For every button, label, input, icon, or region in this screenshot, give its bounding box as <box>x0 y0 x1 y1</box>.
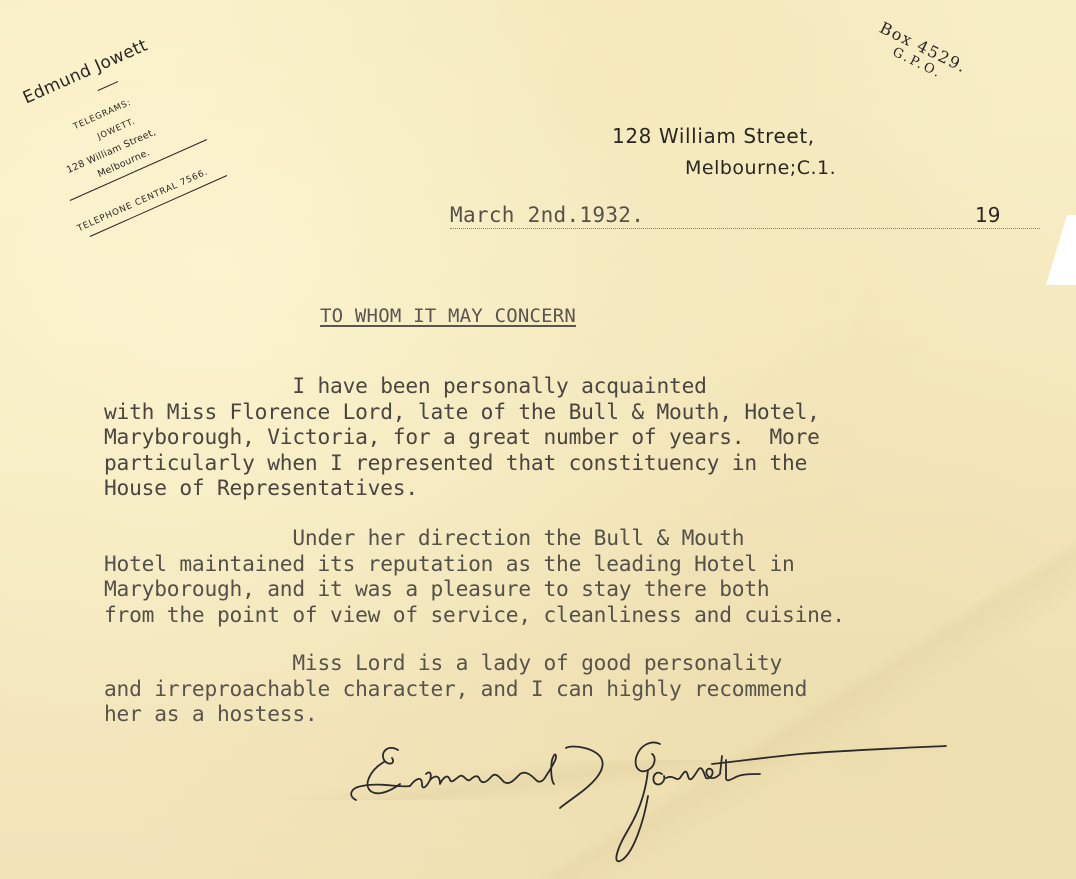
address-city: Melbourne;C.1. <box>685 157 836 179</box>
handwritten-signature <box>340 730 960 875</box>
address-street: 128 William Street, <box>612 124 815 148</box>
paragraph-3: Miss Lord is a lady of good personality … <box>104 650 807 727</box>
paragraph-line: Miss Lord is a lady of good personality <box>104 650 807 676</box>
paragraph-line: Hotel maintained its reputation as the l… <box>104 551 845 577</box>
letter-heading: TO WHOM IT MAY CONCERN <box>320 305 576 327</box>
paragraph-line: and irreproachable character, and I can … <box>104 676 807 702</box>
paragraph-line: I have been personally acquainted <box>104 373 820 399</box>
paragraph-1: I have been personally acquainted with M… <box>104 373 820 501</box>
printed-year-prefix: 19 <box>975 203 1000 227</box>
letterhead-stamp: Edmund Jowett TELEGRAMS: JOWETT. 128 Wil… <box>8 28 248 238</box>
paragraph-line: House of Representatives. <box>104 475 820 501</box>
paragraph-line: from the point of view of service, clean… <box>104 602 845 628</box>
paragraph-2: Under her direction the Bull & Mouth Hot… <box>104 525 845 627</box>
letter-date: March 2nd.1932. <box>450 203 644 227</box>
paragraph-line: Maryborough, Victoria, for a great numbe… <box>104 424 820 450</box>
letterhead-name: Edmund Jowett <box>20 35 151 108</box>
paragraph-line: Maryborough, and it was a pleasure to st… <box>104 576 845 602</box>
paragraph-line: her as a hostess. <box>104 701 807 727</box>
date-dotted-rule <box>450 228 1040 229</box>
paragraph-line: with Miss Florence Lord, late of the Bul… <box>104 399 820 425</box>
letterhead-rule-bottom <box>90 175 228 237</box>
paragraph-line: Under her direction the Bull & Mouth <box>104 525 845 551</box>
letterhead-divider <box>98 81 119 91</box>
paragraph-line: particularly when I represented that con… <box>104 450 820 476</box>
letterhead-telephone: TELEPHONE CENTRAL 7566. <box>76 167 210 234</box>
